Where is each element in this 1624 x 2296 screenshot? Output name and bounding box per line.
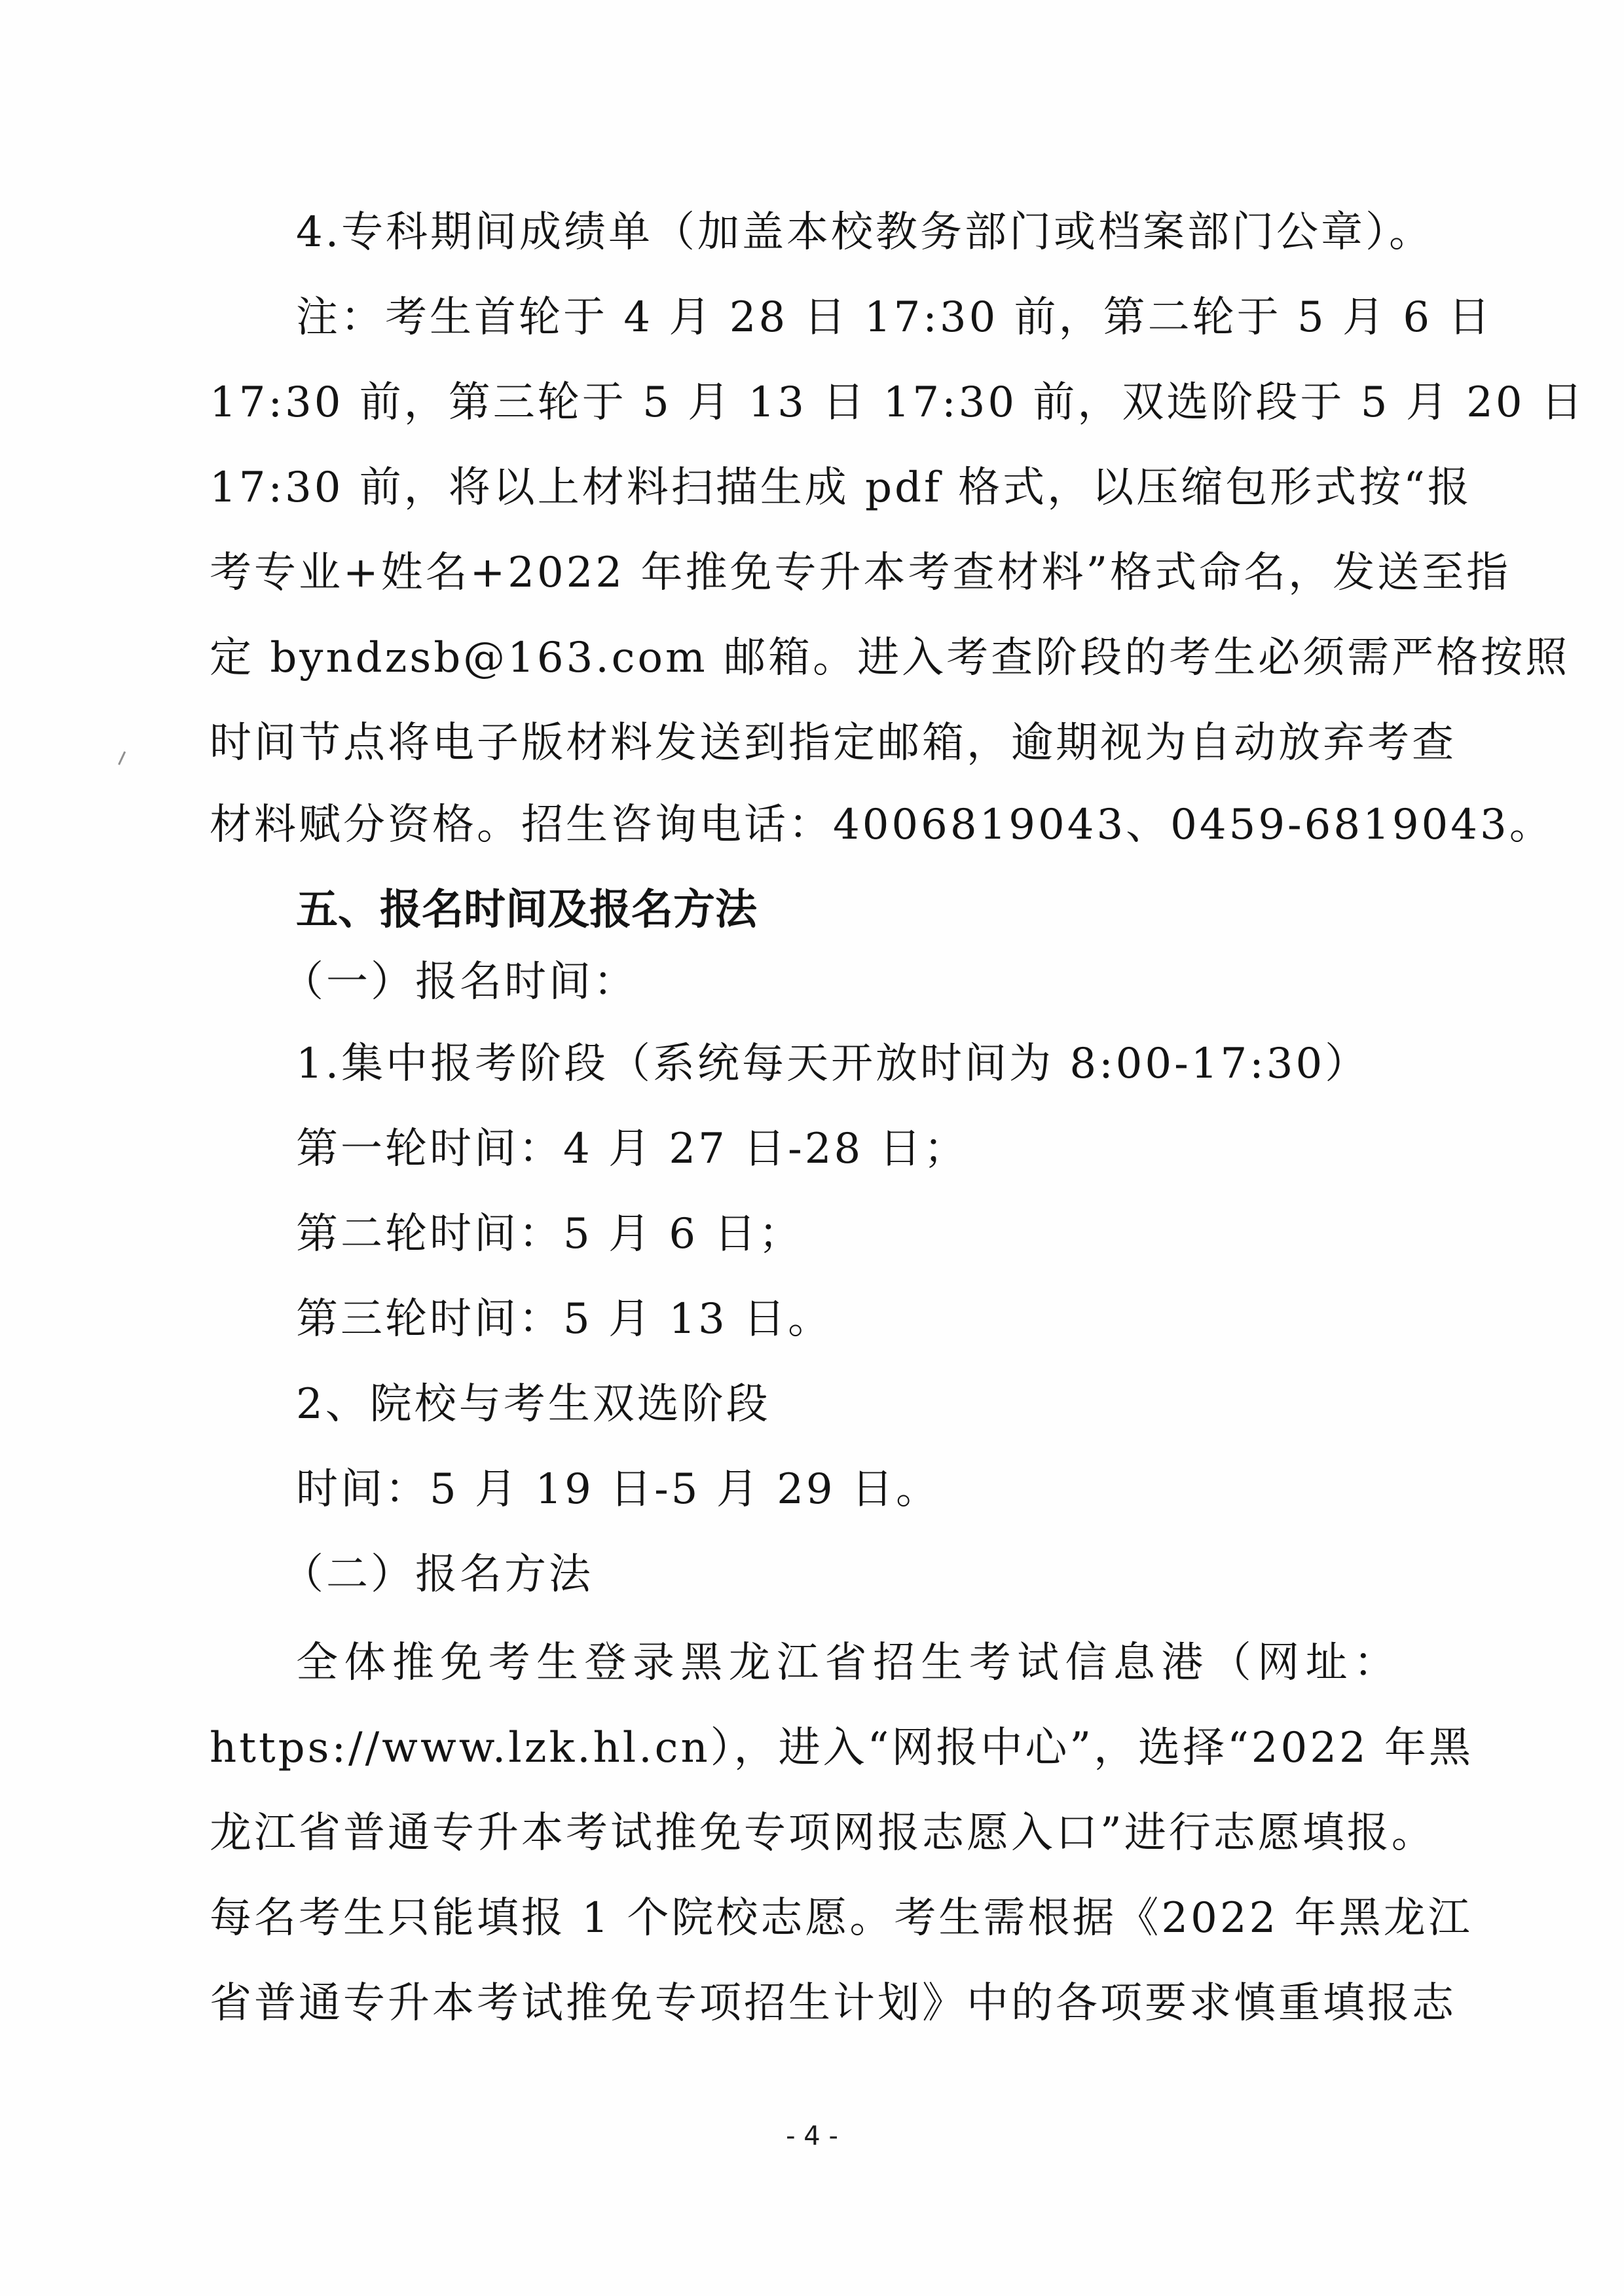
note-line-3: 17:30 前，将以上材料扫描生成 pdf 格式，以压缩包形式按“报 [210,455,1398,520]
subsection-1-heading: （一）报名时间： [282,949,1470,1015]
registration-stage-1: 1.集中报考阶段（系统每天开放时间为 8:00-17:30） [296,1031,1398,1097]
method-line-5: 省普通专升本考试推免专项招生计划》中的各项要求慎重填报志 [210,1971,1398,2036]
round-3-time: 第三轮时间：5 月 13 日。 [296,1286,1398,1352]
note-line-6: 时间节点将电子版材料发送到指定邮箱，逾期视为自动放弃考查 [210,710,1398,776]
section-5-heading: 五、报名时间及报名方法 [296,877,1398,943]
registration-stage-2: 2、院校与考生双选阶段 [296,1372,1398,1437]
stage-2-time: 时间：5 月 19 日-5 月 29 日。 [296,1457,1398,1522]
method-line-3: 龙江省普通专升本考试推免专项网报志愿入口”进行志愿填报。 [210,1800,1398,1866]
method-line-4: 每名考生只能填报 1 个院校志愿。考生需根据《2022 年黑龙江 [210,1886,1398,1951]
method-line-1: 全体推免考生登录黑龙江省招生考试信息港（网址： [296,1630,1398,1696]
note-line-5: 定 byndzsb@163.com 邮箱。进入考查阶段的考生必须需严格按照 [210,625,1398,691]
note-line-1: 注：考生首轮于 4 月 28 日 17:30 前，第二轮于 5 月 6 日 [296,285,1398,350]
page-number: - 4 - [0,2121,1624,2151]
note-line-2: 17:30 前，第三轮于 5 月 13 日 17:30 前，双选阶段于 5 月 … [210,370,1398,435]
round-1-time: 第一轮时间：4 月 27 日-28 日； [296,1116,1398,1182]
document-page: 4.专科期间成绩单（加盖本校教务部门或档案部门公章）。 注：考生首轮于 4 月 … [0,0,1624,2296]
note-line-7: 材料赋分资格。招生咨询电话：4006819043、0459-6819043。 [210,792,1398,858]
scan-artifact [118,751,134,769]
round-2-time: 第二轮时间：5 月 6 日； [296,1201,1398,1267]
subsection-2-heading: （二）报名方法 [282,1542,1470,1607]
method-line-2: https://www.lzk.hl.cn），进入“网报中心”，选择“2022 … [210,1715,1398,1781]
materials-item-4: 4.专科期间成绩单（加盖本校教务部门或档案部门公章）。 [296,200,1398,265]
note-line-4: 考专业+姓名+2022 年推免专升本考查材料”格式命名，发送至指 [210,540,1398,606]
